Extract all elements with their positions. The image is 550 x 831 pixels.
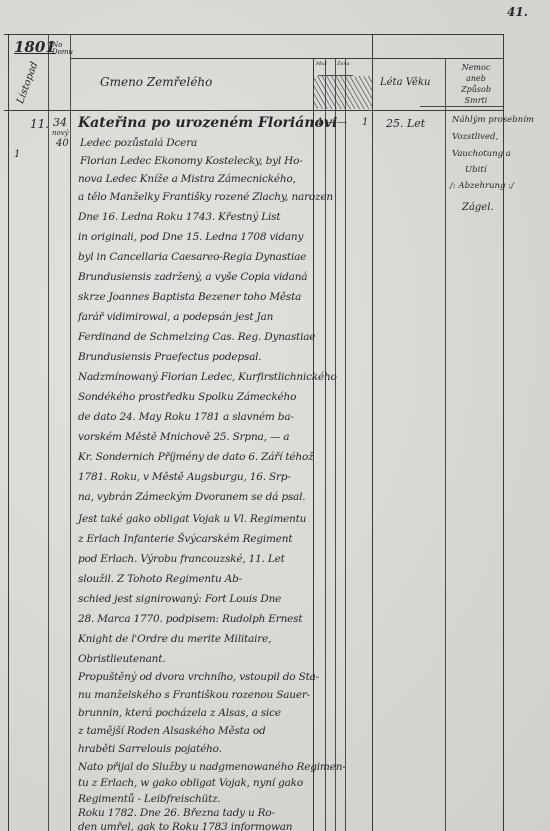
entry-text-line: vorském Městě Mnichově 25. Srpna, — a xyxy=(78,432,289,443)
entry-text-line: Nadzmínowaný Florian Ledec, Kurfirstlich… xyxy=(78,372,337,383)
header-inner-rule xyxy=(70,58,504,59)
entry-text-line: skrze Joannes Baptista Bezener toho Měst… xyxy=(78,292,301,303)
year-heading: 1801 xyxy=(14,40,56,55)
entry-text-line: z tamější Roden Alsaského Města od xyxy=(78,726,266,737)
entry-text-line: hraběti Sarrelouis pojatého. xyxy=(78,744,222,755)
tally-heading-1: Muž xyxy=(316,62,327,67)
name-column-heading: Gmeno Zemřelého xyxy=(100,76,212,88)
age-column-divider xyxy=(445,58,446,831)
entry-text-line: byl in Cancellaria Caesareo-Regia Dynast… xyxy=(78,252,306,263)
age-column-heading: Léta Věku xyxy=(380,78,430,88)
cause-line: Náhlým prosebním xyxy=(452,116,534,125)
month-heading: Listopad xyxy=(16,61,40,106)
entry-text-line: 1781. Roku, v Městě Augsburgu, 16. Srp- xyxy=(78,472,291,483)
entry-text-line: Brundusiensis Praefectus podepsal. xyxy=(78,352,261,363)
cause-line: Zágel. xyxy=(462,203,494,213)
entry-text-line: den umřel, gak to Roku 1783 informowan xyxy=(78,822,292,831)
entry-text-line: de dato 24. May Roku 1781 a slavném ba- xyxy=(78,412,294,423)
entry-text-line: tu z Erlach, w gako obligat Vojak, nyní … xyxy=(78,778,303,789)
date-column-divider xyxy=(48,34,49,831)
cause-header-rule xyxy=(420,106,504,107)
entry-text-line: Roku 1782. Dne 26. Března tady u Ro- xyxy=(78,808,275,819)
entry-text-line: Ferdinand de Schmelzing Cas. Reg. Dynast… xyxy=(78,332,315,343)
entry-text-line: schied jest signirowaný: Fort Louis Dne xyxy=(78,594,281,605)
entry-text-line: Ledec pozůstalá Dcera xyxy=(80,138,197,149)
cause-line: /: Abzehrung :/ xyxy=(450,182,514,191)
entry-text-line: nova Ledec Kníže a Mistra Zámecnického, xyxy=(78,174,296,185)
entry-text-line: Obristlieutenant. xyxy=(78,654,165,665)
entry-text-line: in originali, pod Dne 15. Ledna 1708 vid… xyxy=(78,232,303,243)
cause-line: Vozstlived, xyxy=(452,133,498,142)
tally-girl: 1 xyxy=(362,118,368,128)
entry-text-line: Kr. Sondernich Příjmény de dato 6. Září … xyxy=(78,452,313,463)
entry-text-line: Brundusiensis zadržený, a vyše Copia vid… xyxy=(78,272,307,283)
tally-divider-3 xyxy=(345,58,346,831)
entry-mark: 1 xyxy=(14,150,20,160)
entry-text-line: Jest také gako obligat Vojak u Vl. Regim… xyxy=(78,514,306,525)
entry-text-line: a tělo Manželky Františky rozené Zlachy,… xyxy=(78,192,333,203)
cause-line: Vauchotung a xyxy=(452,150,511,159)
entry-text-line: brunnin, která pocházela z Alsas, a sice xyxy=(78,708,281,719)
tally-heading-2: Žena xyxy=(337,62,350,67)
entry-text-line: Regimentů - Leibfreischütz. xyxy=(78,794,221,805)
entry-text-line: sloužil. Z Tohoto Regimentu Ab- xyxy=(78,574,242,585)
entry-age: 25. Let xyxy=(386,118,425,129)
tally-column-divider xyxy=(372,34,373,831)
entry-text-line: Propuštěný od dvora vrchního, vstoupil d… xyxy=(78,672,319,683)
tally-boy: — xyxy=(337,118,347,128)
header-bottom-rule xyxy=(4,110,504,111)
entry-text-line: Nato přijal do Služby u nadgmenowaného R… xyxy=(78,762,346,773)
entry-house-number: 34 xyxy=(53,117,67,128)
entry-text-line: na, vybrán Zámeckým Dvoranem se dá psal. xyxy=(78,492,305,503)
cause-column-heading: Nemoc aneb Způsob Smrti xyxy=(452,62,500,106)
entry-day: 11. xyxy=(30,118,49,130)
entry-text-line: nu manželského s Františkou rozenou Saue… xyxy=(78,690,310,701)
number-column-divider xyxy=(70,34,71,831)
entry-text-line: 28. Marca 1770. podpisem: Rudolph Ernest xyxy=(78,614,302,625)
entry-text-line: farář vidimirowal, a podepsán jest Jan xyxy=(78,312,273,323)
tally-divider-2 xyxy=(335,58,336,831)
entry-text-line: Kateřina po urozeném Floriánovi xyxy=(78,116,337,130)
entry-text-line: pod Erlach. Výrobu francouzské, 11. Let xyxy=(78,554,285,565)
name-column-divider xyxy=(313,58,314,831)
entry-text-line: z Erlach Infanterie Švýcarském Regiment xyxy=(78,534,292,545)
entry-text-line: Knight de l'Ordre du merite Militaire, xyxy=(78,634,271,645)
entry-text-line: Florian Ledec Ekonomy Kostelecky, byl Ho… xyxy=(80,156,303,167)
cause-line: Ubití xyxy=(465,166,486,175)
left-border xyxy=(8,34,9,831)
page-number: 41. xyxy=(507,6,528,18)
table-top-border xyxy=(4,34,504,35)
register-page: 41. 1801 Listopad No Domu Gmeno Zemřeléh… xyxy=(0,0,550,831)
entry-house-note: nový xyxy=(52,130,69,137)
house-number-heading: No Domu xyxy=(52,42,68,56)
tally-header-hatching xyxy=(314,76,372,109)
tally-divider-1 xyxy=(325,58,326,831)
entry-text-line: Dne 16. Ledna Roku 1743. Křestný List xyxy=(78,212,280,223)
entry-house-number-2: 40 xyxy=(56,139,69,149)
entry-text-line: Sondékého prostředku Spolku Zámeckého xyxy=(78,392,296,403)
